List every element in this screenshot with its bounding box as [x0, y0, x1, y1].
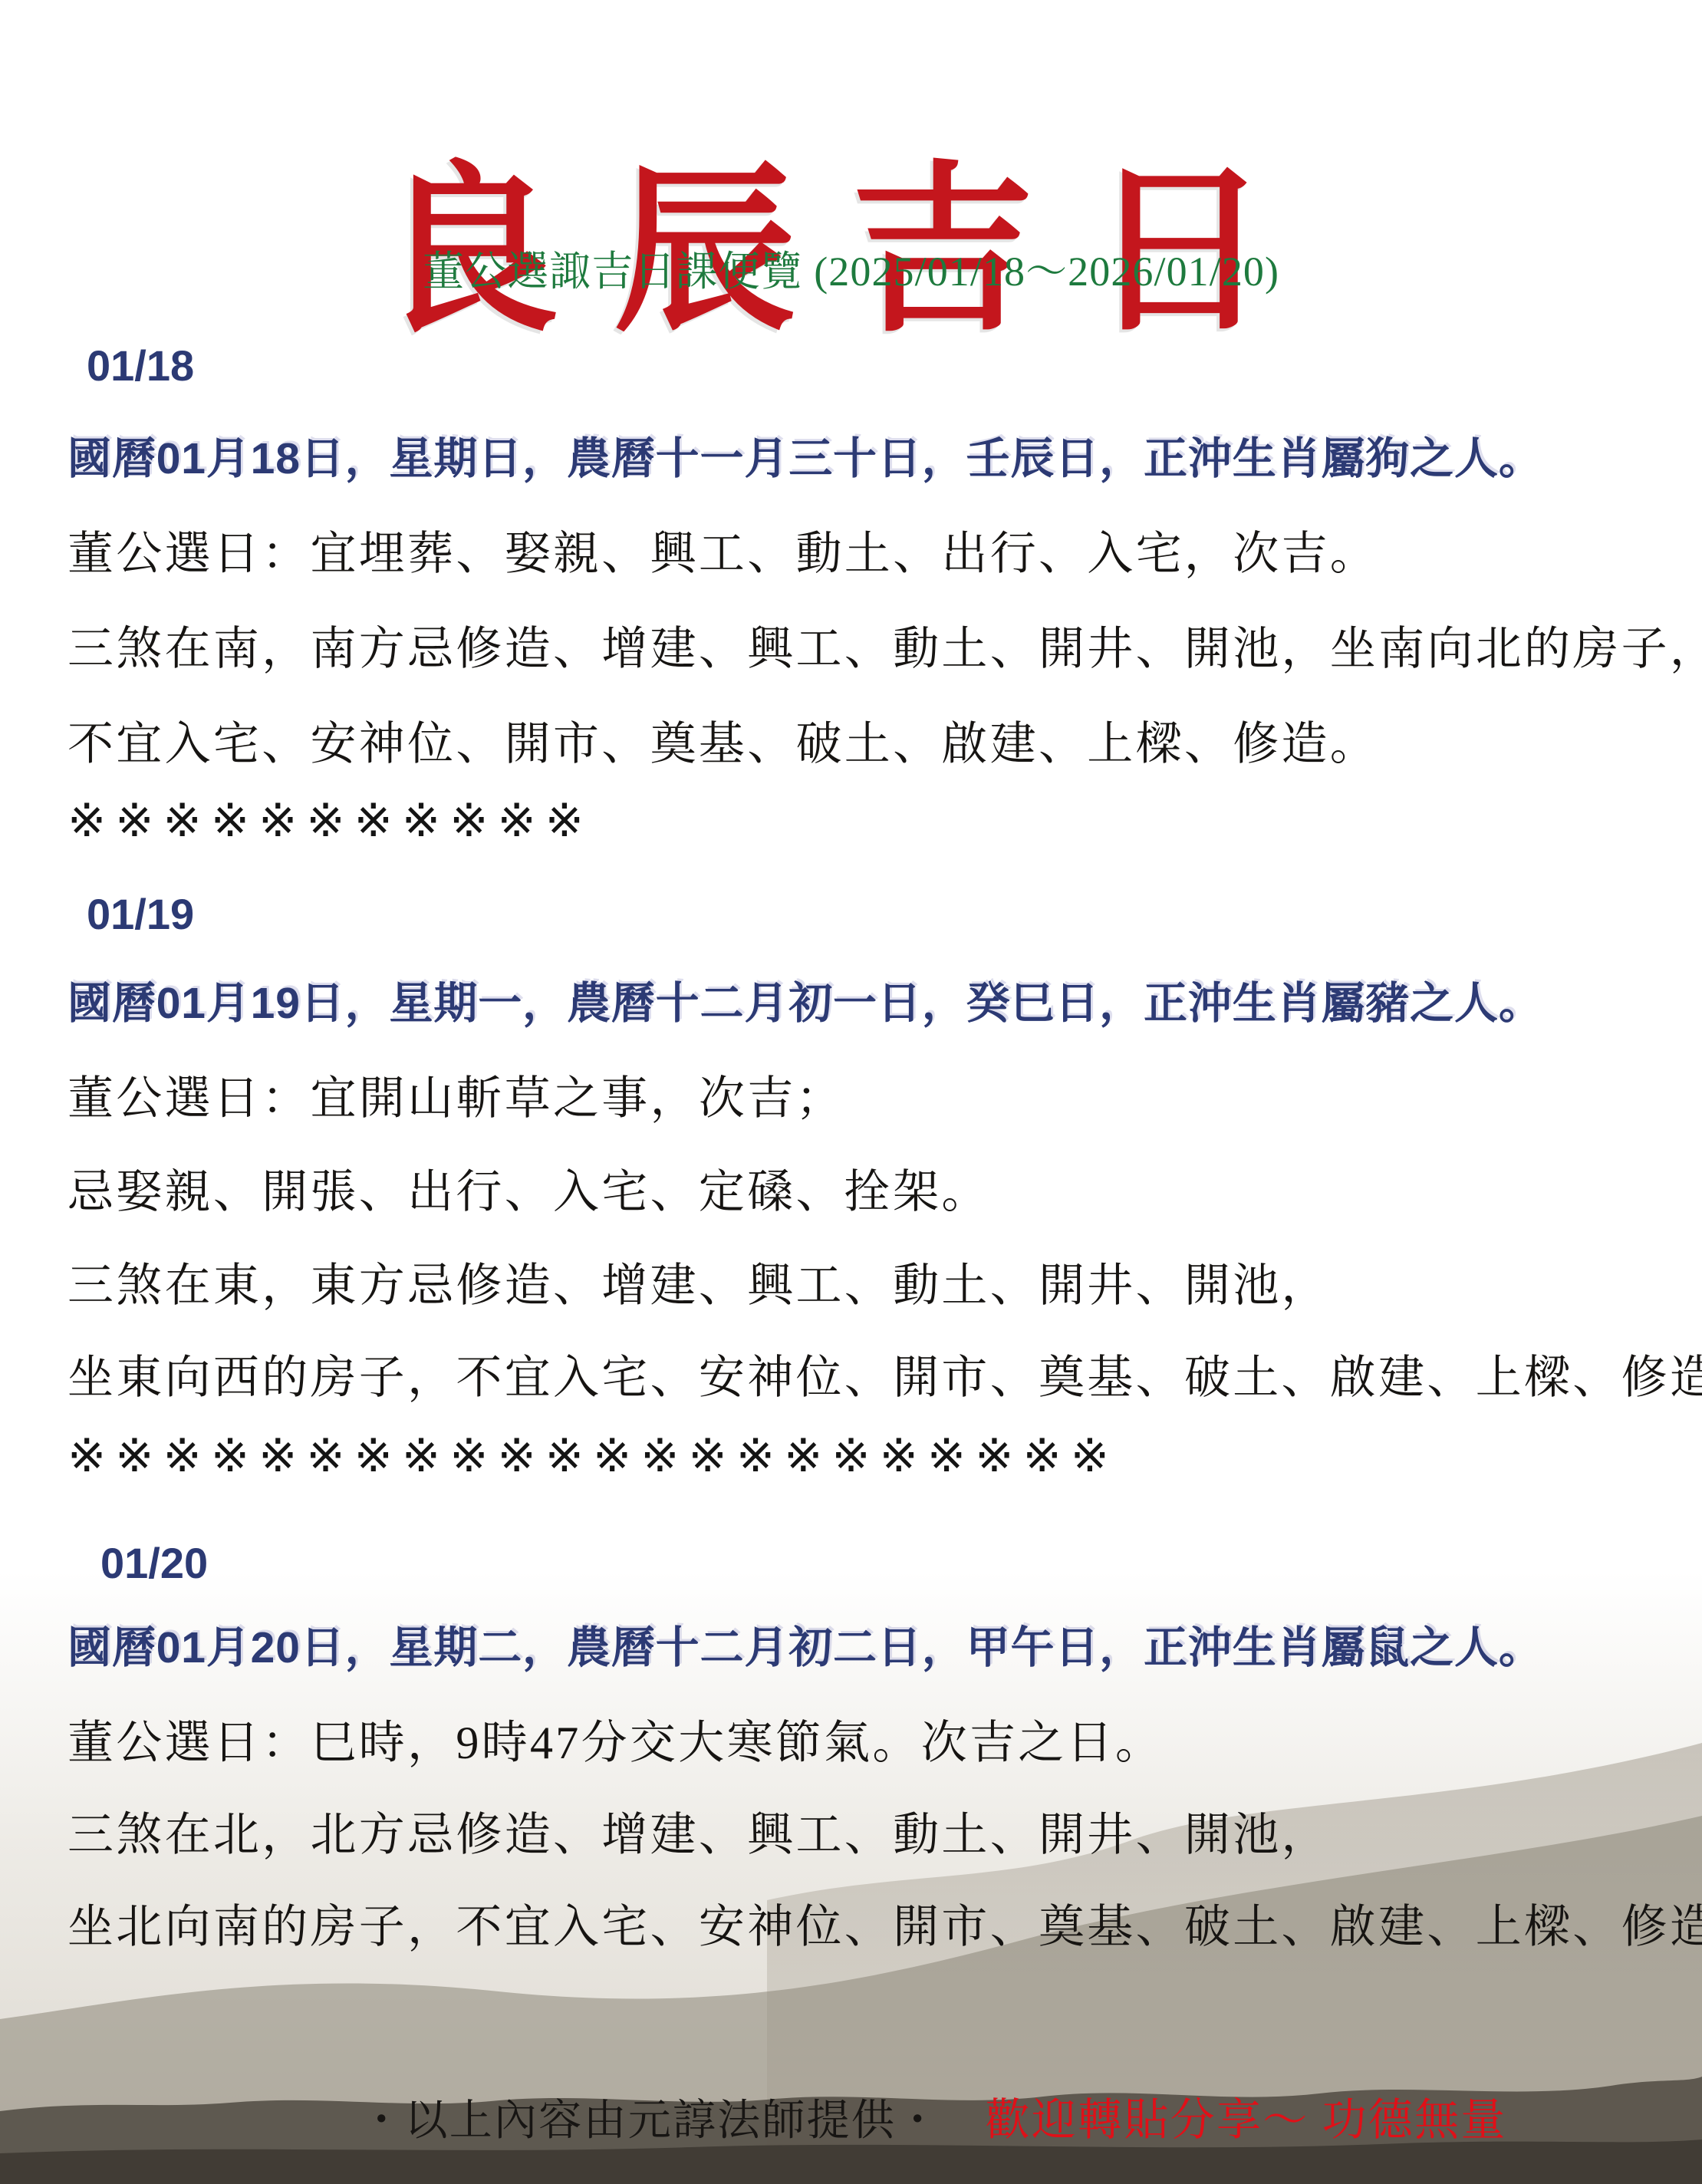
almanac-line: 忌娶親、開張、出行、入宅、定磉、拴架。 [67, 1166, 1679, 1219]
almanac-poster: 良辰吉日 董公選諏吉日課便覽 (2025/01/18～2026/01/20) 0… [0, 0, 1702, 2184]
date-heading: 01/18 [87, 341, 194, 390]
footer: ・以上內容由元諄法師提供・ 歡迎轉貼分享～ 功德無量 [0, 2084, 1702, 2148]
separator-marks: ※※※※※※※※※※※ [67, 795, 593, 848]
date-heading: 01/20 [100, 1539, 208, 1588]
almanac-line: 坐東向西的房子，不宜入宅、安神位、開市、奠基、破土、啟建、上樑、修造。 [67, 1352, 1679, 1405]
text-layer: 良辰吉日 董公選諏吉日課便覽 (2025/01/18～2026/01/20) 0… [0, 0, 1702, 2184]
day-summary: 國曆01月20日，星期二，農曆十二月初二日，甲午日，正沖生肖屬鼠之人。 [67, 1623, 1671, 1674]
date-heading: 01/19 [87, 890, 194, 939]
almanac-line: 董公選日：巳時，9時47分交大寒節氣。次吉之日。 [67, 1717, 1679, 1770]
separator-marks: ※※※※※※※※※※※※※※※※※※※※※※ [67, 1430, 1118, 1483]
credit-text: ・以上內容由元諄法師提供・ [360, 2087, 940, 2148]
almanac-line: 坐北向南的房子，不宜入宅、安神位、開市、奠基、破土、啟建、上樑、修造。 [67, 1901, 1679, 1954]
day-summary: 國曆01月18日，星期日，農曆十一月三十日，壬辰日，正沖生肖屬狗之人。 [67, 434, 1671, 485]
day-summary: 國曆01月19日，星期一，農曆十二月初一日，癸巳日，正沖生肖屬豬之人。 [67, 979, 1671, 1029]
share-text: 歡迎轉貼分享～ 功德無量 [985, 2084, 1506, 2148]
almanac-line: 三煞在南，南方忌修造、增建、興工、動土、開井、開池，坐南向北的房子， [67, 623, 1679, 676]
almanac-line: 董公選日：宜開山斬草之事，次吉； [67, 1072, 1679, 1125]
almanac-line: 三煞在北，北方忌修造、增建、興工、動土、開井、開池， [67, 1809, 1679, 1862]
page-subtitle: 董公選諏吉日課便覽 (2025/01/18～2026/01/20) [0, 247, 1702, 297]
almanac-line: 董公選日：宜埋葬、娶親、興工、動土、出行、入宅，次吉。 [67, 528, 1679, 581]
almanac-line: 不宜入宅、安神位、開市、奠基、破土、啟建、上樑、修造。 [67, 718, 1679, 771]
almanac-line: 三煞在東，東方忌修造、增建、興工、動土、開井、開池， [67, 1260, 1679, 1313]
